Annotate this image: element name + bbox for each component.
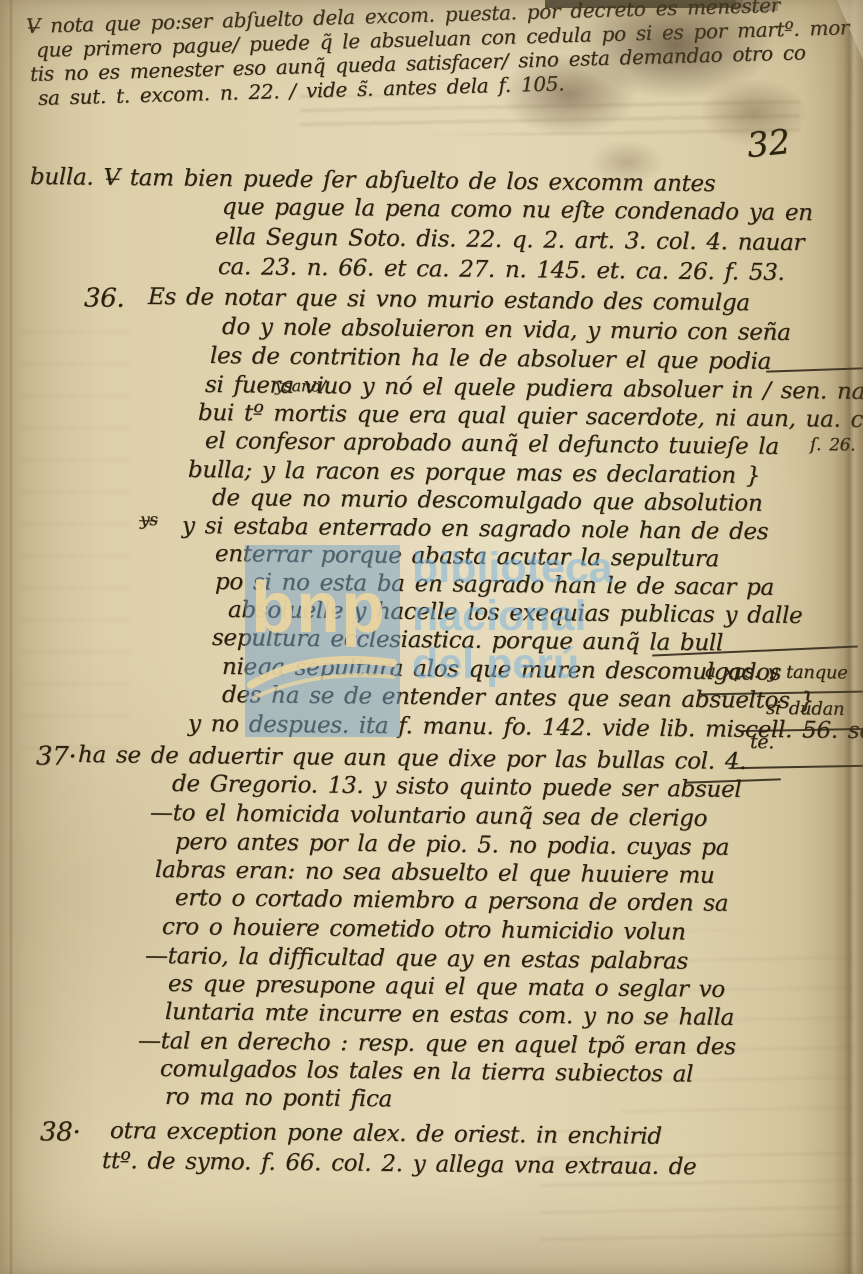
handwritten-line: —tario, la difficultad que ay en estas p… [145, 945, 688, 974]
handwritten-line: ella Segun Soto. dis. 22. q. 2. art. 3. … [215, 226, 804, 255]
fold-crease [9, 0, 13, 1274]
interlinear-insert: a xps. y tanque [705, 663, 848, 682]
handwritten-line: bulla. V̶ tam bien puede ſer abſuelto de… [30, 166, 716, 196]
swoosh-icon [247, 641, 397, 701]
handwritten-line: el confesor aprobado aunq̃ el defuncto t… [205, 430, 779, 459]
watermark-line: del perú [412, 640, 613, 688]
interlinear-insert: si dudan [766, 700, 844, 719]
handwritten-line: Es de notar que si vno murio estando des… [148, 286, 750, 315]
interlinear-insert: ſ. 26. n. 35 [810, 437, 863, 455]
folio-number: 32 [745, 122, 792, 166]
bleedthrough-texture [20, 330, 130, 750]
handwritten-line: es que presupone aqui el que mata o segl… [168, 973, 725, 1002]
handwritten-line: ca. 23. n. 66. et ca. 27. n. 145. et. ca… [218, 256, 785, 285]
handwritten-line: ro ma no ponti fica [165, 1086, 392, 1111]
interlinear-insert: ysano∕ [275, 378, 325, 395]
handwritten-line: bui tº mortis que era qual quier sacerdo… [198, 402, 863, 432]
handwritten-line: labras eran: no sea absuelto el que huui… [155, 859, 715, 888]
handwritten-line: ttº. de symo. f. 66. col. 2. y allega vn… [102, 1150, 697, 1179]
interlinear-insert: te. [750, 733, 774, 752]
handwritten-line: ha se de aduertir que aun que dixe por l… [78, 744, 746, 774]
margin-section-number: 37· [36, 744, 77, 770]
library-watermark-text: biblioteca nacional del perú [412, 544, 613, 688]
bleedthrough-texture [540, 1130, 860, 1260]
margin-section-number: 38· [40, 1119, 81, 1145]
handwritten-line: comulgados los tales en la tierra subiec… [160, 1058, 693, 1087]
interlinear-insert: y̶s̶ [140, 512, 158, 529]
page-edge [833, 0, 863, 1274]
handwritten-line: les de contrition ha le de absoluer el q… [210, 345, 771, 374]
margin-section-number: 36. [84, 285, 125, 311]
handwritten-line: —tal en derecho : resp. que en aquel tpõ… [138, 1030, 736, 1059]
watermark-line: biblioteca [412, 544, 613, 592]
handwritten-line: do y nole absoluieron en vida, y murio c… [222, 316, 791, 345]
watermark-line: nacional [412, 592, 613, 640]
handwritten-line: erto o cortado miembro a persona de orde… [175, 887, 729, 916]
bnp-logo-text: bnp [251, 567, 406, 649]
handwritten-line: cro o houiere cometido otro humicidio vo… [162, 916, 686, 944]
bleedthrough-texture [300, 95, 800, 135]
manuscript-page: V̶ nota que po:ser abſuelto dela excom. … [0, 0, 863, 1274]
handwritten-line: luntaria mte incurre en estas com. y no … [165, 1001, 734, 1030]
handwritten-line: de que no murio descomulgado que absolut… [212, 487, 763, 516]
handwritten-line: de Gregorio. 13. y sisto quinto puede se… [172, 773, 742, 802]
handwritten-line: pero antes por la de pio. 5. no podia. c… [175, 831, 729, 860]
handwritten-line: —to el homicida voluntario aunq̃ sea de … [150, 802, 707, 831]
handwritten-line: que pague la pena como nu eſte condenado… [222, 196, 813, 225]
handwritten-line: otra exception pone alex. de oriest. in … [110, 1120, 662, 1149]
handwritten-line: y si estaba enterrado en sagrado nole ha… [182, 515, 769, 544]
bnp-logo-watermark: bnp [245, 545, 400, 737]
handwritten-line: bulla; y la racon es porque mas es decla… [188, 459, 760, 488]
